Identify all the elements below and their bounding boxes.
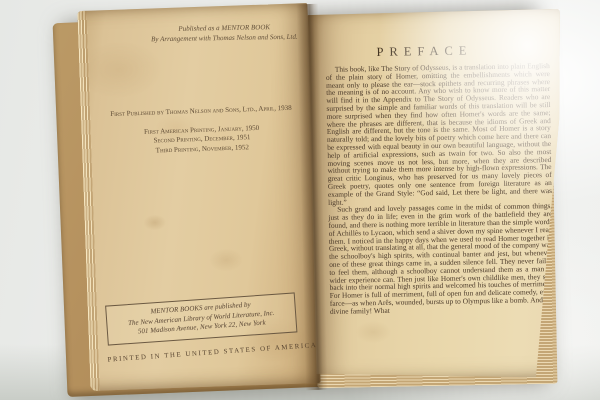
photo-of-open-book: Published as a MENTOR BOOK By Arrangemen… [0,0,600,400]
publisher-imprint: Published as a MENTOR BOOK By Arrangemen… [142,22,306,45]
preface-paragraph: Such grand and lovely passages come in t… [328,202,554,315]
printing-history: First Published by Thomas Nelson and Son… [103,103,301,157]
page-corner-light-sheen [379,0,593,202]
right-page: PREFACE This book, like The Story of Ody… [308,9,566,381]
left-page: Published as a MENTOR BOOK By Arrangemen… [77,3,320,391]
